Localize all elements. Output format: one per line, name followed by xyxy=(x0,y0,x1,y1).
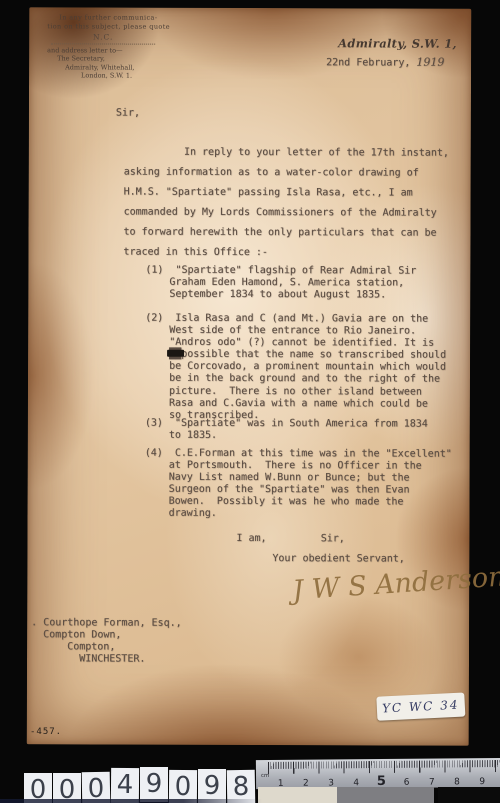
accession-number-cards: 00049098 xyxy=(24,768,256,803)
letterhead-office-date: Admiralty, S.W. 1, 22nd February, 1919 xyxy=(326,36,486,69)
body-paragraph: In reply to your letter of the 17th inst… xyxy=(123,143,449,264)
digit-card: 8 xyxy=(227,770,256,803)
digit-card: 9 xyxy=(140,767,168,802)
address-line: London, S.W. 1. xyxy=(47,71,187,80)
date-text: 22nd February, xyxy=(326,57,416,68)
list-item-2: (2) Isla Rasa and C (and Mt.) Gavia are … xyxy=(145,313,446,423)
item-line: drawing. xyxy=(144,508,451,521)
catalog-label-text: YC WC 34 xyxy=(382,698,460,716)
redaction-mark xyxy=(167,350,184,357)
letterhead-return-address: and address letter to—The Secretary,Admi… xyxy=(47,46,187,80)
list-item-1: (1) "Spartiate" flagship of Rear Admiral… xyxy=(145,265,416,302)
catalog-label: YC WC 34 xyxy=(376,692,465,720)
item-line: be in the back ground and to the right o… xyxy=(145,373,446,386)
list-item-3: (3) "Spartiate" was in South America fro… xyxy=(145,418,428,443)
recipient-line: Compton Down, xyxy=(31,629,182,642)
scan-edge-artifact xyxy=(0,799,262,803)
recipient-line: WINCHESTER. xyxy=(31,654,182,667)
body-line: H.M.S. "Spartiate" passing Isla Rasa, et… xyxy=(124,183,449,204)
item-line: to 1835. xyxy=(145,430,428,443)
reference-code: N.C. xyxy=(51,33,155,44)
quote-instruction: In any further communica-tion on this su… xyxy=(47,13,187,30)
address-line: The Secretary, xyxy=(47,54,187,63)
letterhead-quote-block: In any further communica-tion on this su… xyxy=(47,13,187,80)
quote-line: In any further communica- xyxy=(47,13,187,22)
body-line: asking information as to a water-color d… xyxy=(124,163,449,184)
handwritten-signature: J W S Anderson xyxy=(291,562,500,607)
digit-card: 4 xyxy=(111,768,139,803)
item-line: September 1834 to about August 1835. xyxy=(145,289,416,302)
photograph-background: In any further communica-tion on this su… xyxy=(0,0,500,803)
body-line: commanded by My Lords Commissioners of t… xyxy=(124,203,449,224)
grayscale-patch-black xyxy=(438,787,500,803)
quote-line: tion on this subject, please quote xyxy=(47,22,187,31)
recipient-line: Compton, xyxy=(31,641,182,654)
recipient-line: . Courthope Forman, Esq., xyxy=(31,617,182,630)
closing-servant: Your obedient Servant, xyxy=(272,553,404,564)
body-line: traced in this Office :- xyxy=(123,243,448,264)
list-item-4: (4) C.E.Forman at this time was in the "… xyxy=(144,448,451,522)
faint-negative-number: -457. xyxy=(30,727,62,737)
item-line: Rasa and C.Gavia with a name which could… xyxy=(145,397,446,410)
item-line: picture. There is no other island betwee… xyxy=(145,385,446,398)
ruler: cm 123456789 xyxy=(256,758,500,789)
body-line: In reply to your letter of the 17th inst… xyxy=(124,143,449,164)
letter-date: 22nd February, 1919 xyxy=(326,55,486,69)
item-line: (1) "Spartiate" flagship of Rear Admiral… xyxy=(145,265,416,278)
item-line: (3) "Spartiate" was in South America fro… xyxy=(145,418,428,431)
ruler-number: 8 xyxy=(444,777,469,787)
address-line: Admiralty, Whitehall, xyxy=(47,63,187,72)
recipient-address-block: . Courthope Forman, Esq., Compton Down, … xyxy=(31,617,182,666)
digit-card: 9 xyxy=(198,769,226,803)
grayscale-patch-white xyxy=(258,787,337,803)
closing-line: I am, Sir, xyxy=(236,533,344,544)
office-address: Admiralty, S.W. 1, xyxy=(326,36,486,51)
ruler-number: 9 xyxy=(470,777,495,787)
date-year: 1919 xyxy=(416,56,444,69)
body-line: to forward herewith the only particulars… xyxy=(123,223,448,244)
grayscale-patch-gray xyxy=(337,787,434,803)
letter-document: In any further communica-tion on this su… xyxy=(27,7,472,746)
salutation: Sir, xyxy=(116,108,140,119)
